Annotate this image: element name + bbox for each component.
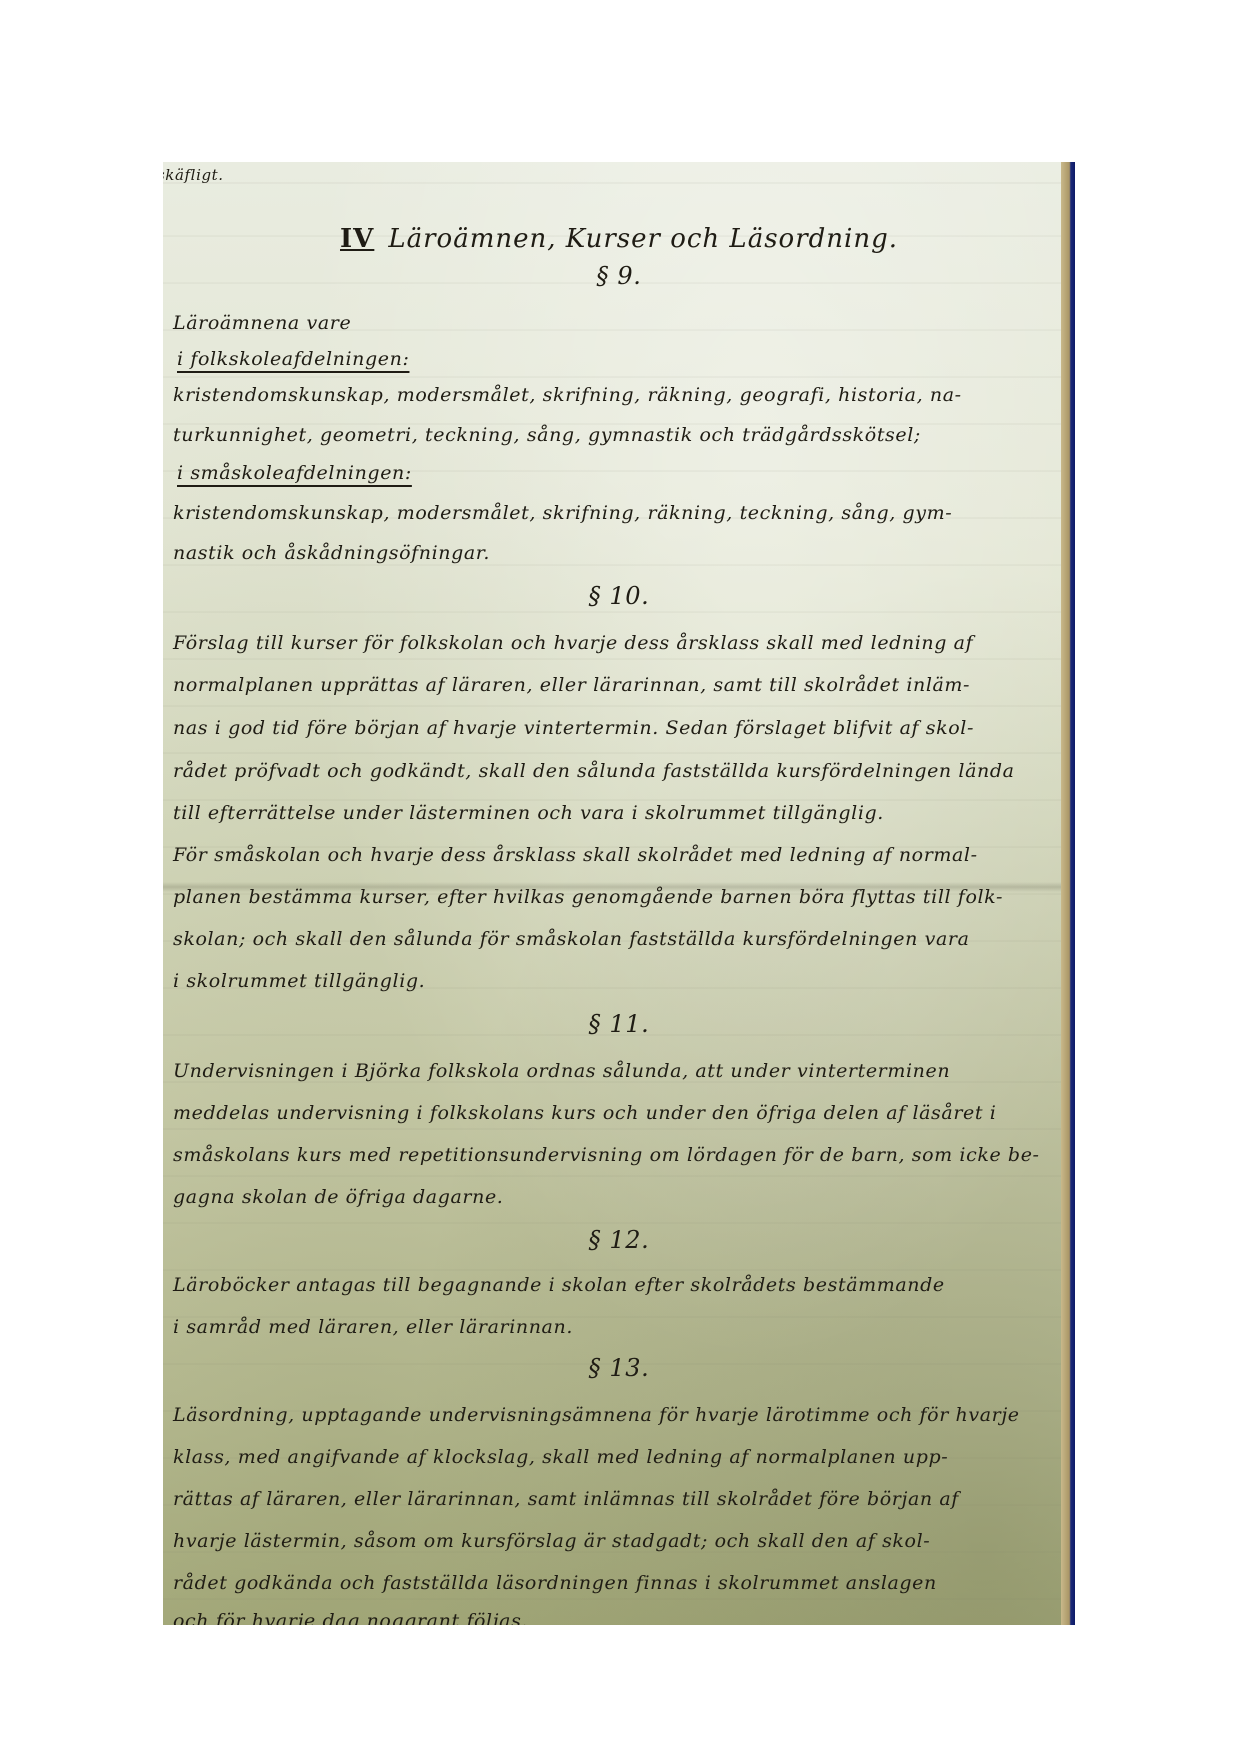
manuscript-photo: skäfligt. IVLäroämnen, Kurser och Läsord… (163, 162, 1075, 1625)
s12-line-1: Läroböcker antagas till begagnande i sko… (173, 1274, 945, 1296)
s10-line-5: till efterrättelse under lästerminen och… (173, 802, 884, 824)
section-mark-11: § 11. (163, 1010, 1075, 1038)
s13-line-5: rådet godkända och fastställda läsordnin… (173, 1572, 937, 1594)
s11-line-2: meddelas undervisning i folkskolans kurs… (173, 1102, 996, 1124)
chapter-heading: IVLäroämnen, Kurser och Läsordning. (163, 224, 1075, 254)
s9-subheading-folkskola: i folkskoleafdelningen: (177, 348, 409, 370)
s9-line-3: kristendomskunskap, modersmålet, skrifni… (173, 384, 962, 406)
section-mark-13: § 13. (163, 1354, 1075, 1382)
page-edge-binding (1061, 162, 1075, 1625)
s11-line-3: småskolans kurs med repetitionsundervisn… (173, 1144, 1040, 1166)
s13-line-3: rättas af läraren, eller lärarinnan, sam… (173, 1488, 959, 1510)
section-mark-12: § 12. (163, 1226, 1075, 1254)
s10-line-6: För småskolan och hvarje dess årsklass s… (173, 844, 978, 866)
s11-line-4: gagna skolan de öfriga dagarne. (173, 1186, 503, 1208)
s10-line-8: skolan; och skall den sålunda för småsko… (173, 928, 970, 950)
section-mark-10: § 10. (163, 582, 1075, 610)
s10-line-4: rådet pröfvadt och godkändt, skall den s… (173, 760, 1015, 782)
s9-line-4: turkunnighet, geometri, teckning, sång, … (173, 424, 921, 446)
s10-line-1: Förslag till kurser för folkskolan och h… (173, 632, 973, 654)
s10-line-9: i skolrummet tillgänglig. (173, 970, 425, 992)
s13-line-1: Läsordning, upptagande undervisningsämne… (173, 1404, 1020, 1426)
chapter-number: IV (340, 224, 374, 254)
s11-line-1: Undervisningen i Björka folkskola ordnas… (173, 1060, 950, 1082)
s9-subheading-smaskola: i småskoleafdelningen: (177, 462, 412, 484)
s13-line-4: hvarje lästermin, såsom om kursförslag ä… (173, 1530, 930, 1552)
s10-line-3: nas i god tid före början af hvarje vint… (173, 717, 974, 739)
section-mark-9: § 9. (163, 262, 1075, 290)
s13-line-6: och för hvarje dag noggrant följas. (173, 1610, 528, 1625)
s9-line-7: nastik och åskådningsöfningar. (173, 542, 490, 564)
s13-line-2: klass, med angifvande af klockslag, skal… (173, 1446, 948, 1468)
s10-line-2: normalplanen upprättas af läraren, eller… (173, 674, 970, 696)
s10-line-7: planen bestämma kurser, efter hvilkas ge… (173, 886, 1003, 908)
chapter-title: Läroämnen, Kurser och Läsordning. (388, 224, 898, 254)
s9-line-6: kristendomskunskap, modersmålet, skrifni… (173, 502, 952, 524)
s9-line-1: Läroämnena vare (173, 312, 351, 334)
top-fragment: skäfligt. (163, 166, 224, 184)
s12-line-2: i samråd med läraren, eller lärarinnan. (173, 1316, 573, 1338)
